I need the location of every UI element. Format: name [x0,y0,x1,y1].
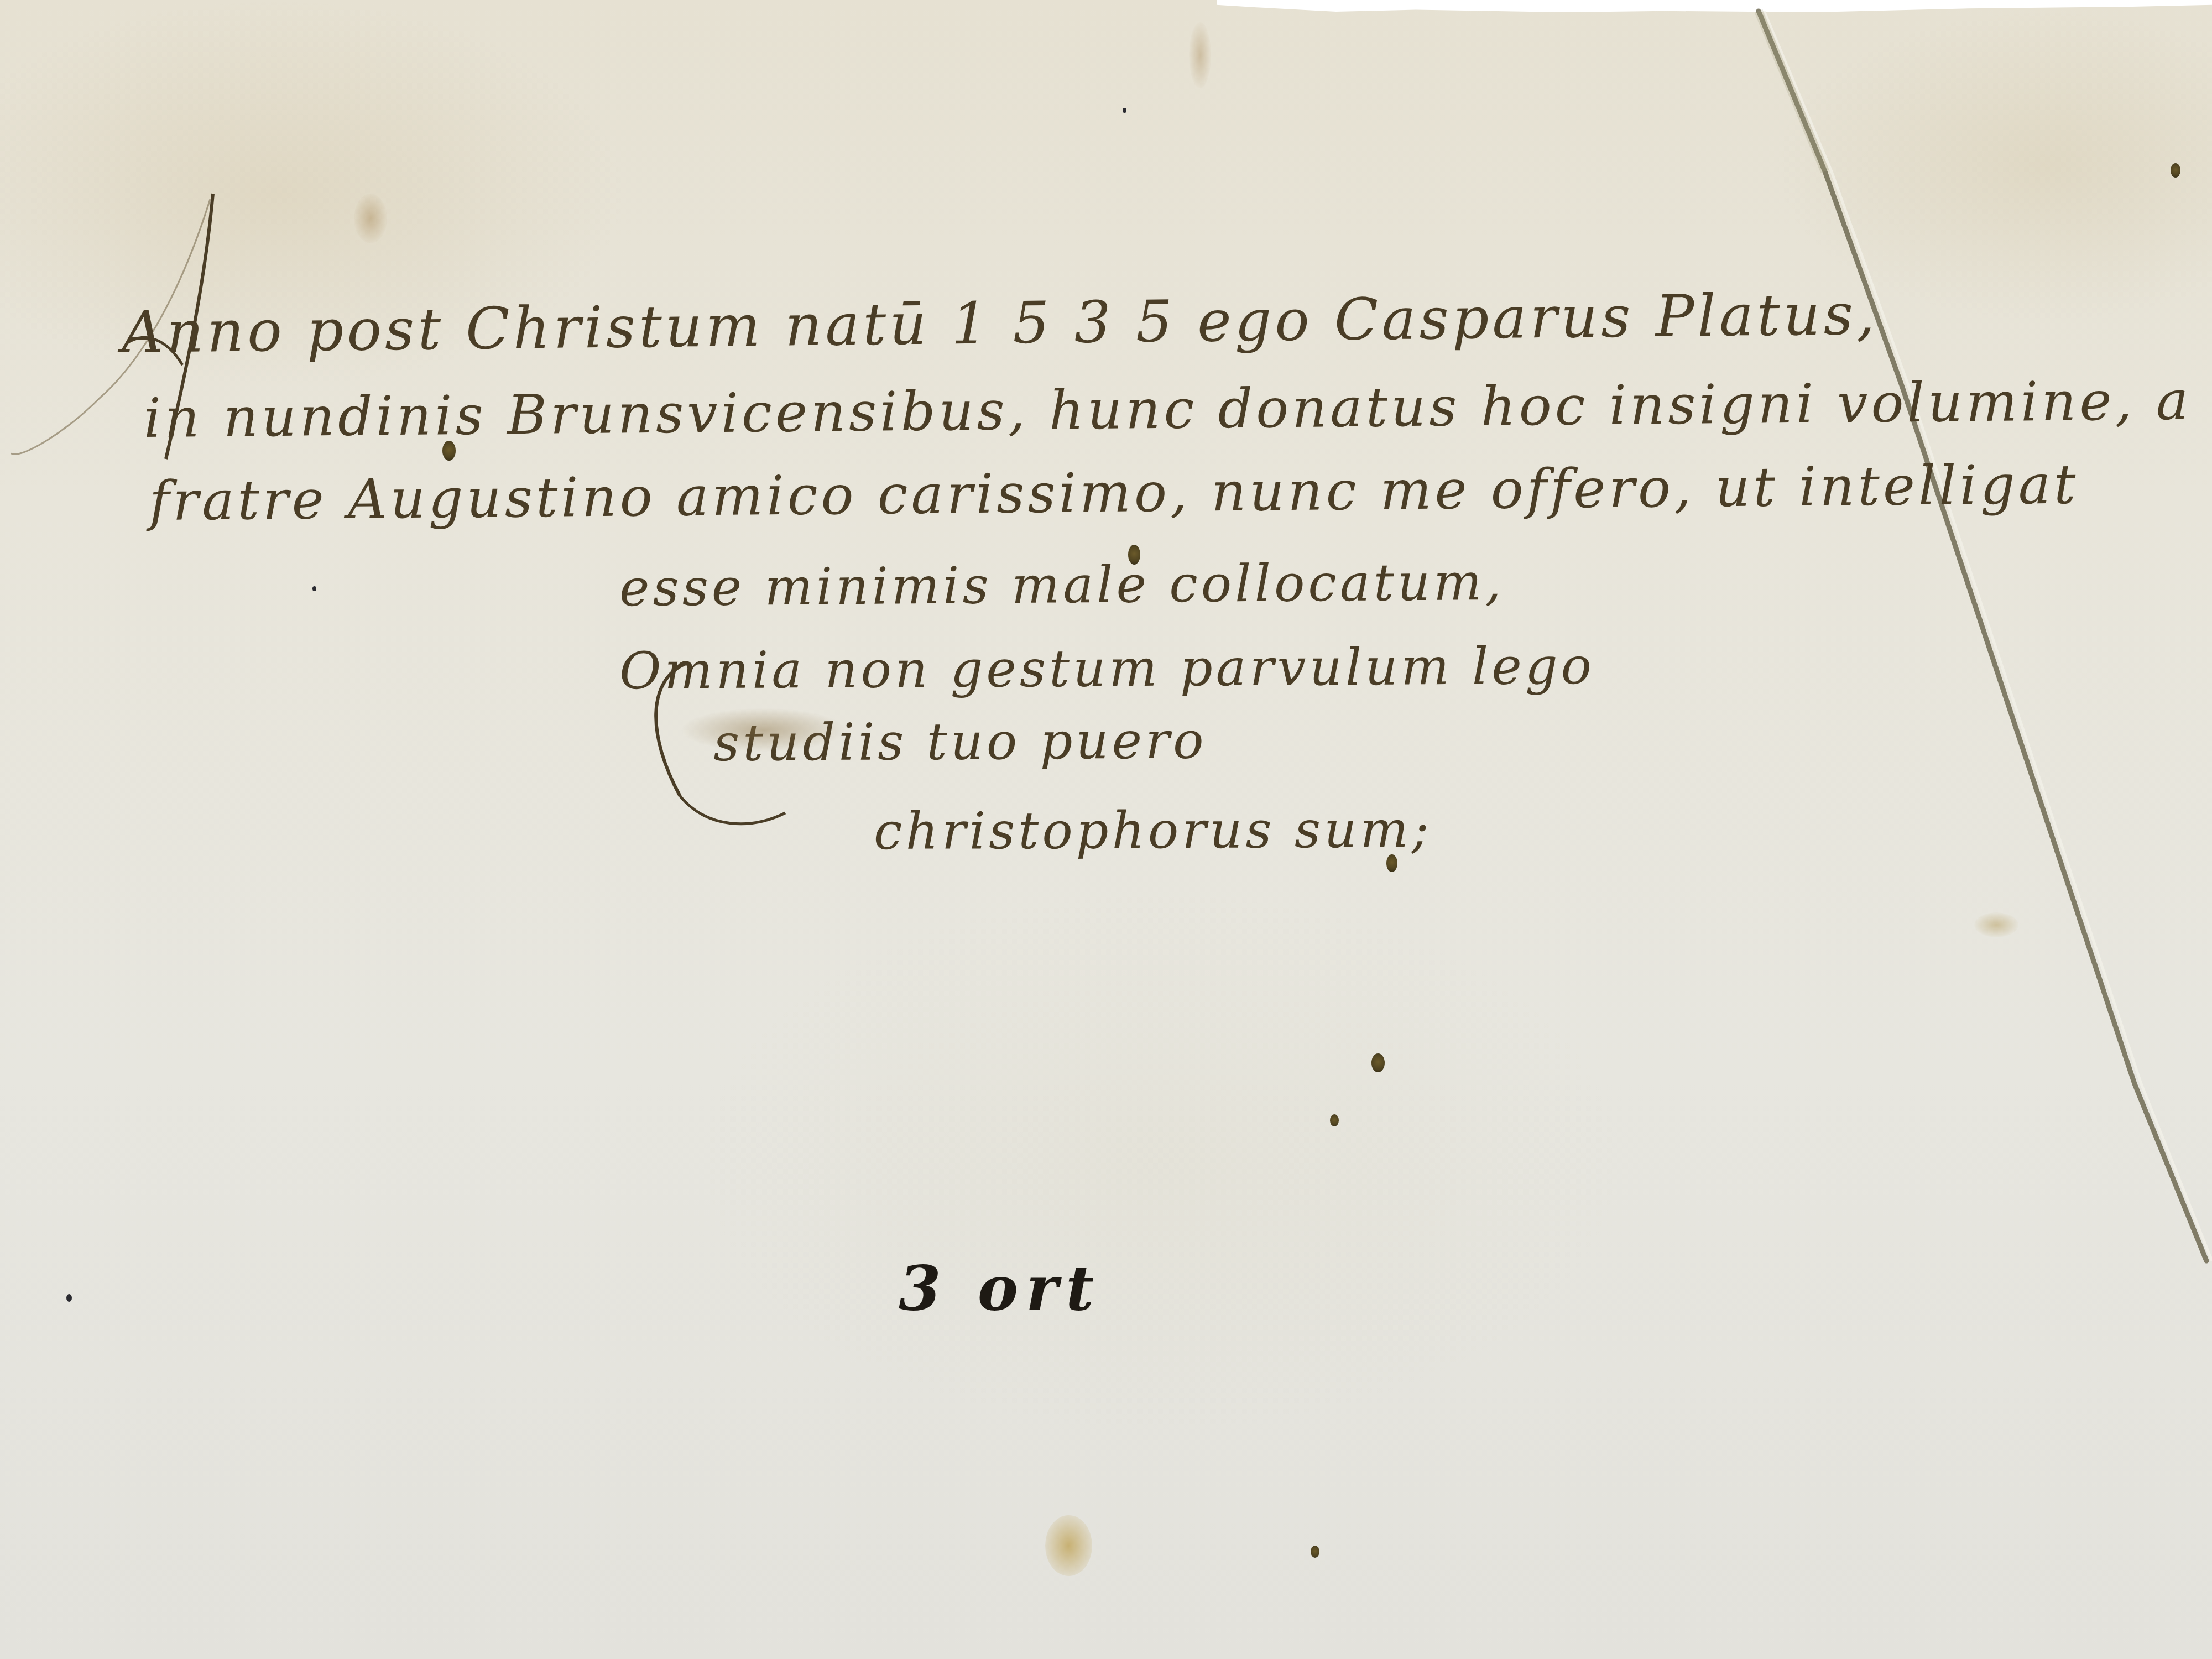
inscription-line-2: in nundinis Brunsvicensibus, hunc donatu… [144,369,2192,450]
ink-speck [1123,108,1126,113]
foxing-stain [1974,912,2018,937]
inscription-line-3: fratre Augustino amico carissimo, nunc m… [149,453,2079,533]
worm-hole-icon [2171,163,2180,178]
inscription-line-5: Omnia non gestum parvulum lego [619,637,1595,701]
inscription-line-4: esse minimis male collocatum, [619,552,1505,618]
foxing-stain [1045,1515,1092,1576]
manuscript-page: Anno post Christum natū 1 5 3 5 ego Casp… [0,0,2212,1659]
foxing-stain [354,194,387,243]
worm-hole-icon [442,441,456,461]
worm-hole-icon [1128,545,1140,565]
torn-top-edge [1217,0,2212,12]
worm-hole-icon [1371,1053,1385,1072]
worm-hole-icon [1311,1546,1319,1558]
folio-mark: 3 ort [899,1253,1102,1324]
smudge-stain [680,708,846,752]
inscription-line-7: christophorus sum; [874,800,1432,861]
foxing-stain [1189,22,1211,88]
worm-hole-icon [1330,1114,1339,1126]
ink-speck [66,1294,72,1302]
worm-hole-icon [1386,854,1397,872]
ink-speck [312,586,316,591]
inscription-line-1: Anno post Christum natū 1 5 3 5 ego Casp… [121,280,1878,366]
